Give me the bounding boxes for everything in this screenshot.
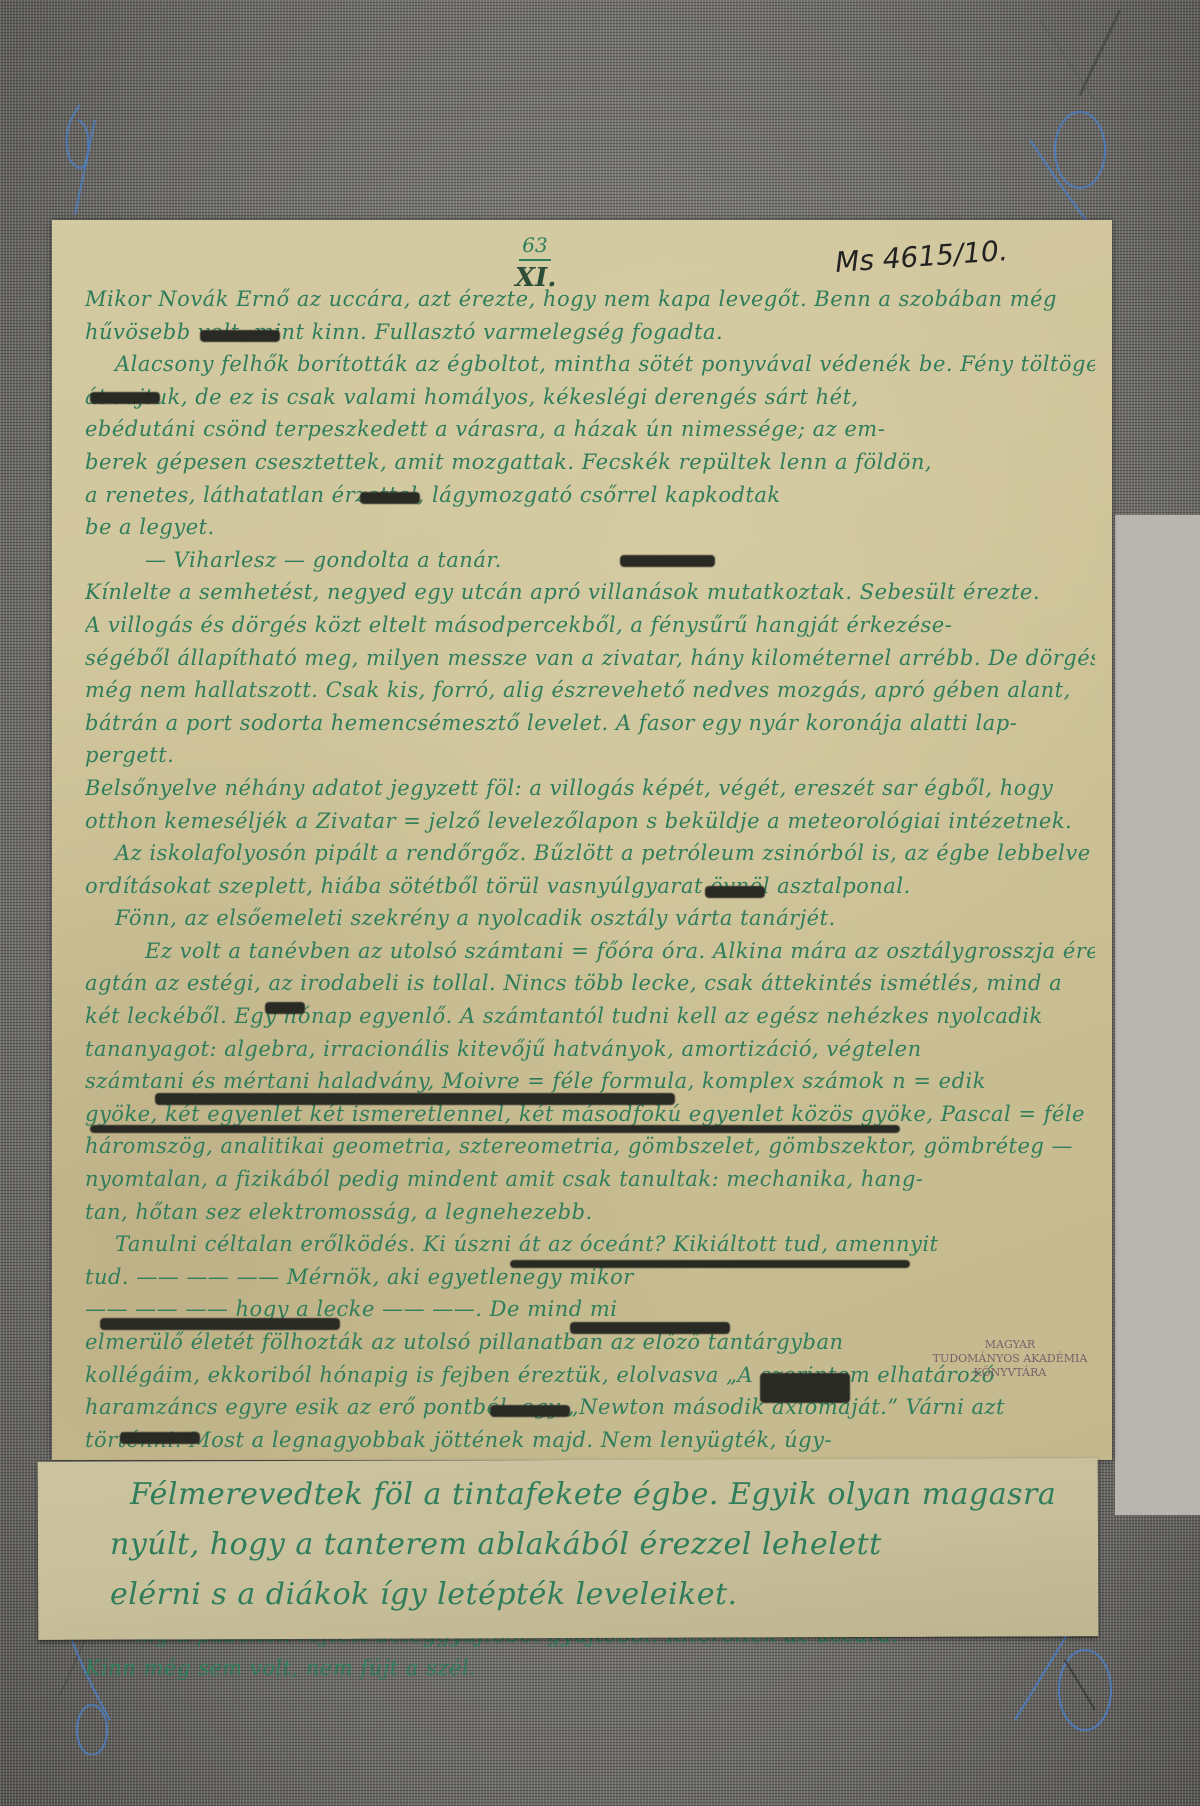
crossed-out-word	[490, 1405, 570, 1417]
text-line: agtán az estégi, az irodabeli is tollal.…	[85, 967, 1095, 1000]
top-right-pencil-mark-icon	[1010, 0, 1130, 230]
text-line: Mikor Novák Ernő az uccára, azt érezte, …	[85, 283, 1095, 316]
strip-text-line: nyúlt, hogy a tanterem ablakából érezzel…	[110, 1520, 1070, 1570]
backing-card	[1115, 515, 1200, 1515]
text-line: pergett.	[85, 739, 1095, 772]
stamp-line-1: MAGYAR	[920, 1338, 1100, 1352]
text-line: Az iskolafolyosón pipált a rendőrgőz. Bű…	[85, 837, 1095, 870]
crossed-out-line	[100, 1318, 340, 1330]
page-number-value: 63	[522, 233, 547, 257]
crossed-out-word	[705, 886, 765, 898]
text-line: tan, hőtan sez elektromosság, a legnehez…	[85, 1196, 1095, 1229]
text-line: át rajtuk, de ez is csak valami homályos…	[85, 381, 1095, 414]
text-line: A villogás és dörgés közt eltelt másodpe…	[85, 609, 1095, 642]
page-number-rule	[519, 259, 551, 261]
crossed-out-word	[760, 1373, 850, 1403]
text-line: otthon kemeséljék a Zivatar = jelző leve…	[85, 805, 1095, 838]
text-line: ordításokat szeplett, hiába sötétből tör…	[85, 870, 1095, 903]
text-line: bátrán a port sodorta hemencsémesztő lev…	[85, 707, 1095, 740]
text-line: haramzáncs egyre esik az erő pontból, eg…	[85, 1391, 1095, 1424]
text-line: Kinn még sem volt, nem fújt a szél.	[85, 1652, 1095, 1685]
text-line: berek gépesen csesztettek, amit mozgatta…	[85, 446, 1095, 479]
text-line: ebédutáni csönd terpeszkedett a várasra,…	[85, 413, 1095, 446]
text-line: Belsőnyelve néhány adatot jegyzett föl: …	[85, 772, 1095, 805]
strip-text-line: elérni s a diákok így letépték leveleike…	[110, 1570, 1070, 1620]
strip-text: Félmerevedtek föl a tintafekete égbe. Eg…	[110, 1470, 1070, 1620]
text-line: Tanulni céltalan erőlködés. Ki úszni át …	[85, 1228, 1095, 1261]
crossed-out-word	[620, 555, 715, 567]
text-line: a renetes, láthatatlan érzettel, lágymoz…	[85, 479, 1095, 512]
text-line: Fönn, az elsőemeleti szekrény a nyolcadi…	[85, 902, 1095, 935]
text-line: Alacsony felhők borították az égboltot, …	[85, 348, 1095, 381]
text-line: Kínlelte a semhetést, negyed egy utcán a…	[85, 576, 1095, 609]
library-stamp: MAGYAR TUDOMÁNYOS AKADÉMIA KÖNYVTÁRA	[920, 1338, 1100, 1380]
crossed-out-word	[90, 392, 160, 404]
text-line: háromszög, analitikai geometria, sztereo…	[85, 1130, 1095, 1163]
stamp-line-3: KÖNYVTÁRA	[920, 1366, 1100, 1380]
text-line: nyomtalan, a fizikából pedig mindent ami…	[85, 1163, 1095, 1196]
crossed-out-line	[155, 1093, 675, 1105]
text-line: történni. Most a legnagyobbak jöttének m…	[85, 1424, 1095, 1457]
text-line: — Viharlesz — gondolta a tanár.	[85, 544, 1095, 577]
text-line: be a legyet.	[85, 511, 1095, 544]
crossed-out-word	[120, 1432, 200, 1444]
stamp-line-2: TUDOMÁNYOS AKADÉMIA	[920, 1352, 1100, 1366]
text-line: Ez volt a tanévben az utolsó számtani = …	[85, 935, 1095, 968]
text-line: még nem hallatszott. Csak kis, forró, al…	[85, 674, 1095, 707]
crossed-out-word	[360, 492, 420, 504]
crossed-out-word	[265, 1002, 305, 1014]
text-line: két leckéből. Egy hónap egyenlő. A számt…	[85, 1000, 1095, 1033]
crossed-out-line	[570, 1322, 730, 1334]
strip-text-line: Félmerevedtek föl a tintafekete égbe. Eg…	[110, 1470, 1070, 1520]
crossed-out-word	[200, 330, 280, 342]
crossed-out-line	[90, 1125, 900, 1133]
text-line: tananyagot: algebra, irracionális kitevő…	[85, 1033, 1095, 1066]
top-left-pencil-mark-icon	[40, 90, 130, 220]
text-line: ségéből állapítható meg, milyen messze v…	[85, 642, 1095, 675]
crossed-out-line	[510, 1260, 910, 1268]
